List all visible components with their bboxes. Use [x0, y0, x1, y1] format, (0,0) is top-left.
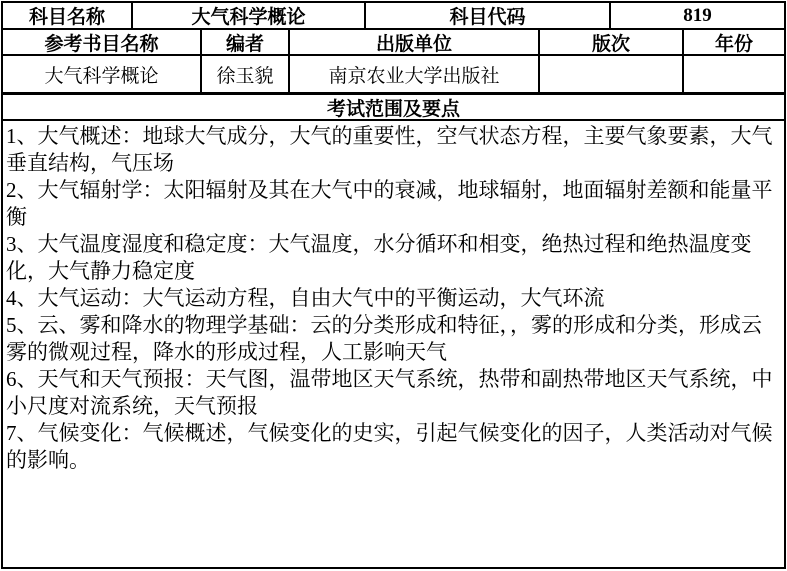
publisher-header: 出版单位	[290, 30, 540, 54]
exam-syllabus-table: 科目名称 大气科学概论 科目代码 819 参考书目名称 编者 出版单位 版次 年…	[1, 1, 786, 569]
subject-name-value: 大气科学概论	[133, 3, 366, 28]
exam-points-cell: 1、大气概述：地球大气成分，大气的重要性，空气状态方程，主要气象要素，大气垂直结…	[3, 121, 784, 567]
editor-header: 编者	[202, 30, 290, 54]
year-header: 年份	[684, 30, 784, 54]
editor-value: 徐玉貌	[202, 56, 290, 92]
reference-header-row: 参考书目名称 编者 出版单位 版次 年份	[3, 30, 784, 56]
exam-point-6: 6、天气和天气预报：天气图，温带地区天气系统，热带和副热带地区天气系统，中小尺度…	[6, 366, 780, 420]
reference-value-row: 大气科学概论 徐玉貌 南京农业大学出版社	[3, 56, 784, 95]
exam-point-1: 1、大气概述：地球大气成分，大气的重要性，空气状态方程，主要气象要素，大气垂直结…	[6, 123, 780, 177]
exam-point-3: 3、大气温度湿度和稳定度：大气温度，水分循环和相变，绝热过程和绝热温度变化，大气…	[6, 231, 780, 285]
subject-name-label: 科目名称	[3, 3, 133, 28]
publisher-value: 南京农业大学出版社	[290, 56, 540, 92]
subject-code-value: 819	[611, 3, 784, 28]
exam-scope-section-title: 考试范围及要点	[3, 95, 784, 121]
subject-row: 科目名称 大气科学概论 科目代码 819	[3, 3, 784, 30]
year-value	[684, 56, 784, 92]
reference-book-name-value: 大气科学概论	[3, 56, 202, 92]
exam-point-4: 4、大气运动：大气运动方程，自由大气中的平衡运动，大气环流	[6, 285, 780, 312]
reference-book-name-header: 参考书目名称	[3, 30, 202, 54]
edition-header: 版次	[540, 30, 684, 54]
exam-point-5: 5、云、雾和降水的物理学基础：云的分类形成和特征，，雾的形成和分类，形成云雾的微…	[6, 312, 780, 366]
exam-point-7: 7、气候变化：气候概述，气候变化的史实，引起气候变化的因子，人类活动对气候的影响…	[6, 420, 780, 474]
subject-code-label: 科目代码	[366, 3, 611, 28]
edition-value	[540, 56, 684, 92]
exam-point-2: 2、大气辐射学：太阳辐射及其在大气中的衰减，地球辐射，地面辐射差额和能量平衡	[6, 177, 780, 231]
